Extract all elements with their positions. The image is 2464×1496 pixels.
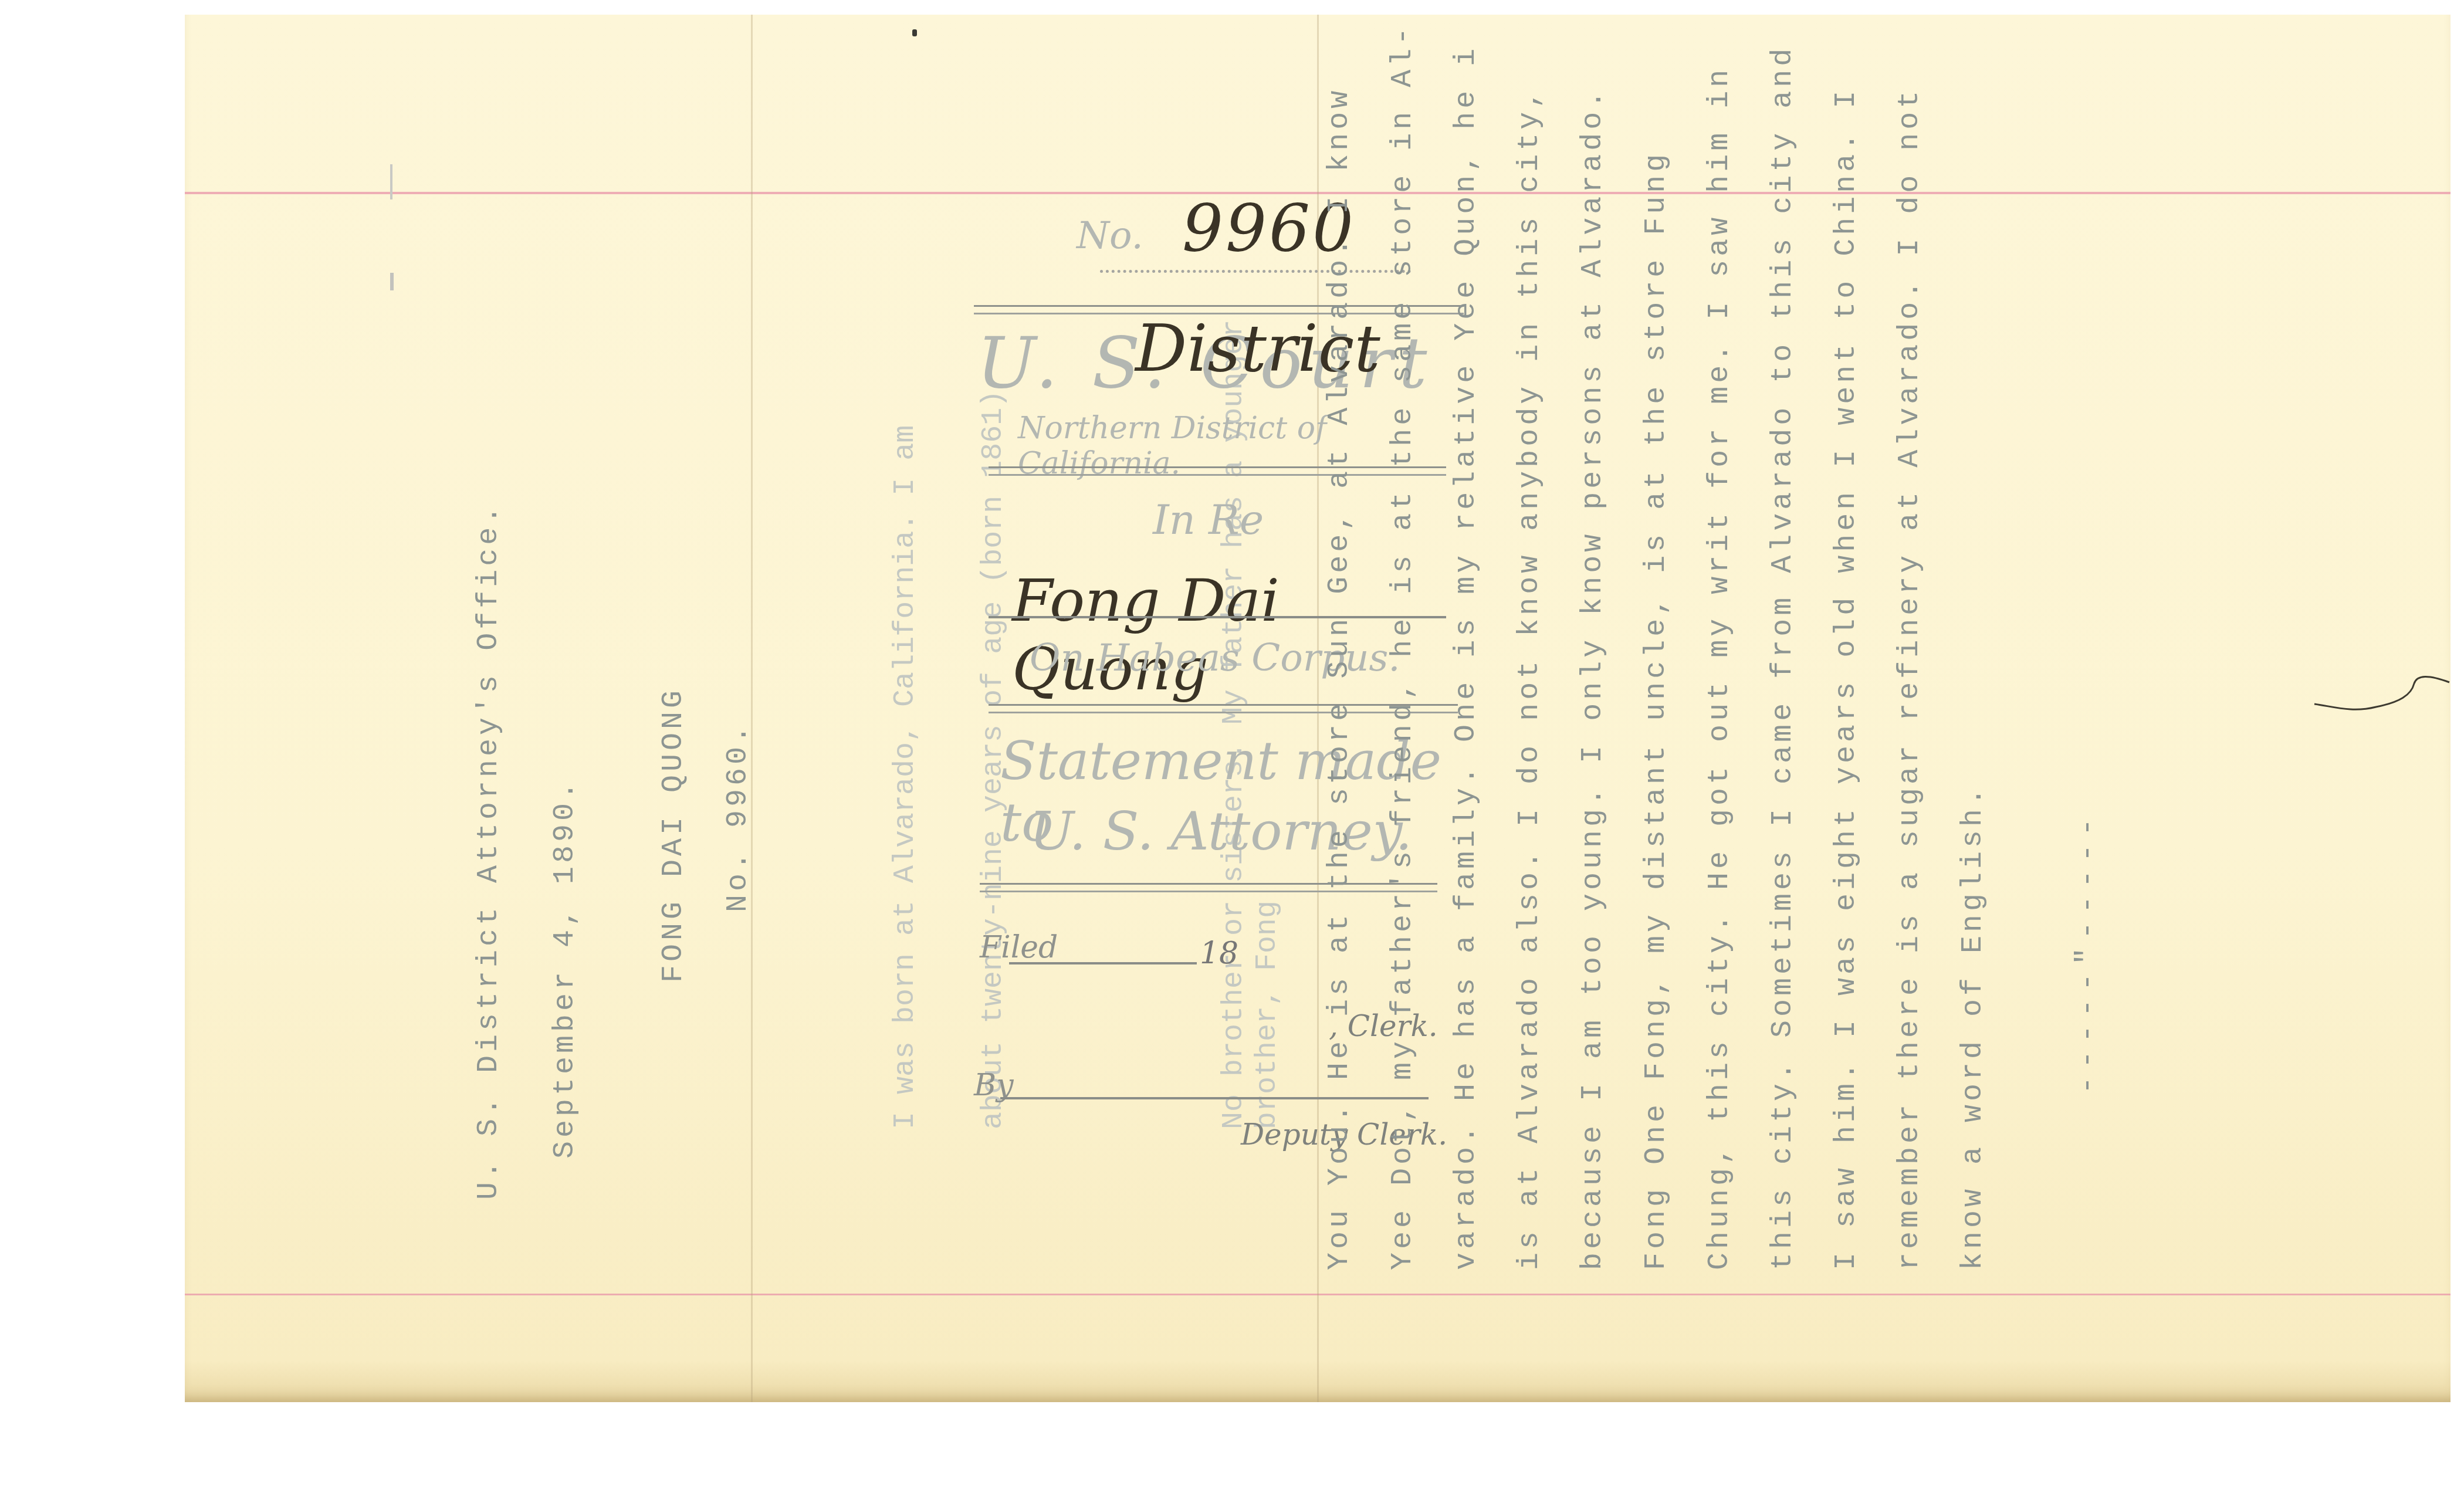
statement-line: Fong One Fong, my distant uncle, is at t… (1640, 226, 1673, 1270)
pencil-mark (390, 164, 392, 199)
case-number-label: No. (1077, 214, 1143, 258)
statement-line: is at Alvarado also. I do not know anybo… (1513, 226, 1546, 1270)
filed-label: Filed (980, 930, 1058, 965)
filed-line (1009, 962, 1197, 964)
statement-line: this city. Sometimes I came from Alvarad… (1766, 226, 1800, 1270)
statement-line: You You. He is at the store Sun Gee, at … (1323, 226, 1356, 1270)
statement-end-mark: -----"----- (2071, 683, 2104, 1094)
cover-typed-date: September 4, 1890. (549, 748, 582, 1159)
statement-line: Yee Dot, my father's friend, he is at th… (1386, 226, 1420, 1270)
statement-line: Chung, this city. He got out my writ for… (1703, 226, 1737, 1270)
pen-stroke-mark (2311, 672, 2452, 730)
statement-line: because I am too young. I only know pers… (1576, 226, 1610, 1270)
cover-typed-number: No. 9960. (722, 678, 755, 912)
cover-typed-office: U. S. District Attorney's Office. (472, 672, 506, 1200)
cover-typed-name: FONG DAI QUONG (657, 654, 691, 983)
statement-line: remember there is a sugar refinery at Al… (1893, 226, 1927, 1270)
pencil-mark (390, 273, 394, 290)
bleed-through-line: I was born at Alvarado, California. I am (889, 191, 922, 1129)
filed-year-prefix: 18 (1200, 936, 1238, 971)
scanned-document: U. S. District Attorney's Office. Septem… (185, 15, 2451, 1402)
in-re-label: In Re (1153, 496, 1264, 544)
statement-line: varado. He has a family. One is my relat… (1450, 226, 1483, 1270)
statement-line: know a word of English. (1957, 226, 1990, 1270)
statement-typed-page: You You. He is at the store Sun Gee, at … (1323, 226, 2438, 1294)
ink-speck (912, 29, 917, 36)
statement-line: I saw him. I was eight years old when I … (1830, 226, 1863, 1270)
